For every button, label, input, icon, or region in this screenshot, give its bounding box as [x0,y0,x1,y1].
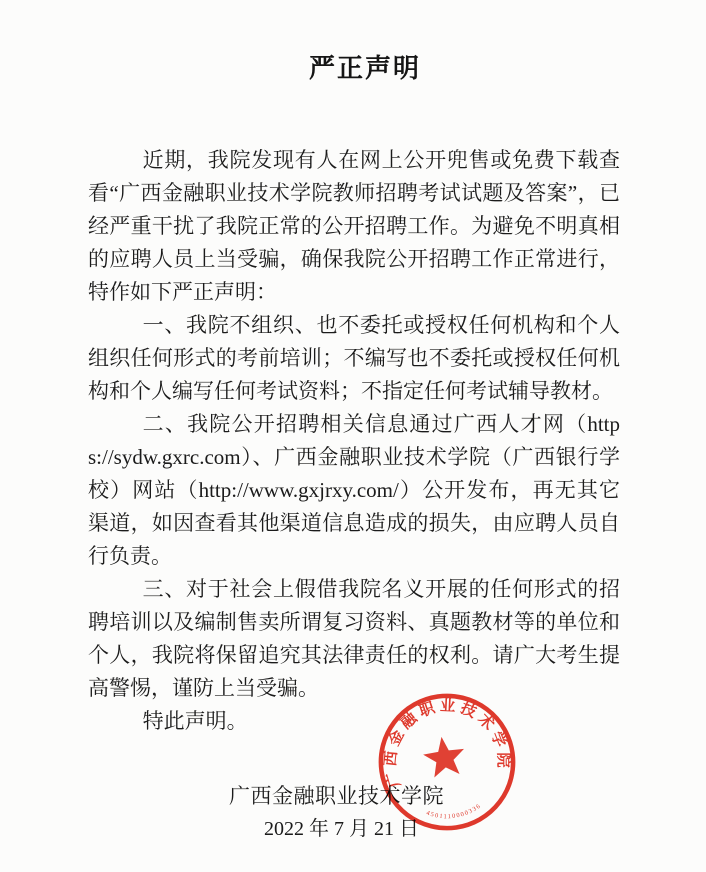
paragraph-closing-statement: 特此声明。 [88,705,620,738]
paragraph-item-1: 一、我院不组织、也不委托或授权任何机构和个人组织任何形式的考前培训；不编写也不委… [88,309,620,408]
signature-line: 广西金融职业技术学院 [88,780,620,813]
paragraph-item-2: 二、我院公开招聘相关信息通过广西人才网（https://sydw.gxrc.co… [88,408,620,573]
document-body: 近期，我院发现有人在网上公开兜售或免费下载查看“广西金融职业技术学院教师招聘考试… [88,144,620,846]
paragraph-intro: 近期，我院发现有人在网上公开兜售或免费下载查看“广西金融职业技术学院教师招聘考试… [88,144,620,309]
closing-block: 广西金融职业技术学院 2022 年 7 月 21 日 [88,780,620,846]
document-title: 严正声明 [0,0,706,86]
date-line: 2022 年 7 月 21 日 [88,813,620,846]
paragraph-item-3: 三、对于社会上假借我院名义开展的任何形式的招聘培训以及编制售卖所谓复习资料、真题… [88,573,620,705]
document-page: 严正声明 近期，我院发现有人在网上公开兜售或免费下载查看“广西金融职业技术学院教… [0,0,706,872]
